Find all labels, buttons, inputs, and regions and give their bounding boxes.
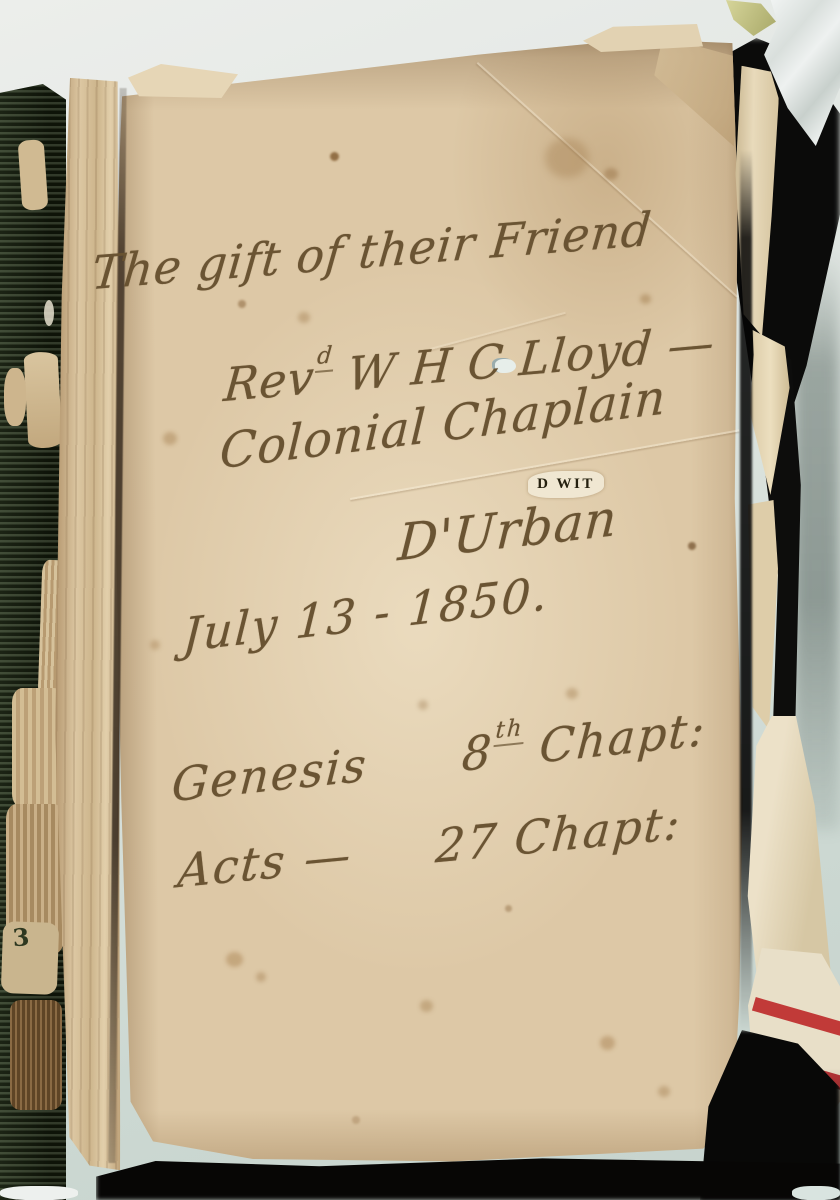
foxing-spot <box>298 312 310 323</box>
foxing-spot <box>604 168 618 180</box>
foxing-spot <box>163 432 177 445</box>
inscription-dash: — <box>302 827 354 886</box>
foxing-spot <box>238 300 246 308</box>
foxing-spot <box>505 905 512 912</box>
olive-paper-scrap <box>726 0 776 36</box>
superscript-d: d <box>315 342 335 373</box>
foxing-spot <box>330 152 339 161</box>
spine-page-number: 3 <box>12 925 30 950</box>
backdrop-corner <box>0 1186 78 1200</box>
spine-fragment <box>10 1000 62 1110</box>
red-stripe <box>752 997 840 1037</box>
foxing-spot <box>658 1086 670 1097</box>
foxing-spot <box>545 138 589 178</box>
torn-page-fragment <box>748 500 778 730</box>
foxing-spot <box>640 294 651 304</box>
foxing-spot <box>688 542 696 550</box>
foxing-spot <box>150 640 160 650</box>
foxing-spot <box>420 1000 433 1012</box>
backdrop-corner <box>792 1186 840 1200</box>
foxing-spot <box>352 1116 360 1124</box>
inscription-text: Acts <box>176 833 289 898</box>
superscript-th: th <box>494 715 526 748</box>
printed-stamp-text: D WIT <box>537 476 595 493</box>
inscription-text: 8 <box>460 724 495 782</box>
book-spine: 3 <box>0 84 66 1200</box>
foxing-spot <box>418 700 428 710</box>
spine-fragment <box>24 351 63 449</box>
page-corner-fold <box>654 36 743 146</box>
printed-stamp-patch: D WIT <box>528 471 604 498</box>
spine-fragment <box>44 300 54 326</box>
spine-fragment <box>4 368 26 426</box>
book-flyleaf-photo: 3 <box>0 0 840 1200</box>
foxing-spot <box>226 952 243 967</box>
foxing-spot <box>566 688 578 699</box>
spine-fragment <box>18 139 49 211</box>
foxing-spot <box>256 972 266 982</box>
torn-tab <box>128 64 238 98</box>
foxing-spot <box>600 1036 615 1050</box>
spine-fragment: 3 <box>1 921 59 995</box>
inscription-text: Rev <box>222 350 317 413</box>
